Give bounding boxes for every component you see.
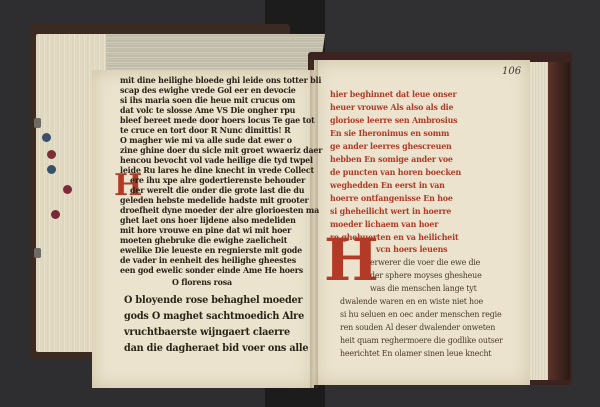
gutter <box>310 60 318 388</box>
rubric-line: hier beghinnet dat leue onser <box>330 90 456 100</box>
rubric-line: ge ander leerres ghescreuen <box>330 142 452 152</box>
folio-number: 106 <box>502 66 521 77</box>
text-line: mit hore vrouwe en pine dat wi mit hoer <box>120 226 291 236</box>
rubric-line: si gheheilicht wert in hoerre <box>330 207 451 217</box>
page-marker-bead-blue <box>47 165 56 174</box>
rubric-line: hoerre ontfangenisse En hoe <box>330 194 453 204</box>
text-line: mit dine heilighe bloede ghi leide ons t… <box>120 76 321 86</box>
page-marker-bead-red <box>51 210 60 219</box>
rubric-line: vcn hoers leuens <box>376 245 447 255</box>
text-line-large: O bloyende rose behaghel moeder <box>124 294 302 306</box>
text-line: heerichtet En olamer sinen leue knecht <box>340 349 491 359</box>
text-line: dat volc te slosse Ame VS Die ongher rpu <box>120 106 295 116</box>
clasp-tab <box>34 118 41 128</box>
rubric-line: heuer vrouwe Als also als die <box>330 103 453 113</box>
text-line: si hu seluen en oec ander menschen regie <box>340 310 501 320</box>
text-line: ghet laet ons hoer lijdene also medelide… <box>120 216 296 226</box>
text-line: ere ihu xpe alre godertierenste behouder <box>130 176 305 186</box>
text-line: der werelt die onder die grote last die … <box>130 186 304 196</box>
text-line: dwalende waren en en wiste niet hoe <box>340 297 483 307</box>
rubric-line: re ghebuerten en va heilicheit <box>330 233 458 243</box>
rubric-heading: O florens rosa <box>172 278 232 288</box>
text-line: ren souden Al deser dwalender onweten <box>340 323 495 333</box>
text-line: te cruce en tort door R Nunc dimittis! R <box>120 126 290 136</box>
rubric-line: gloriose leerre sen Ambrosius <box>330 116 457 126</box>
rubric-line: weghedden En eerst in van <box>330 181 445 191</box>
text-line-large: dan die dagheraet bid voer ons alle <box>124 342 308 354</box>
text-line-large: vruchtbaerste wijngaert claerre <box>124 326 290 338</box>
right-page-block-edge <box>528 62 548 380</box>
rubric-line: moeder lichaem van hoer <box>330 220 438 230</box>
text-line: zine ghine doer du sicle mit groet wwaer… <box>120 146 322 156</box>
text-line: si ihs maria soen die heue mit crucus om <box>120 96 295 106</box>
rubric-line: de puncten van horen boecken <box>330 168 461 178</box>
text-line: erwerer die voer die ewe die <box>370 258 480 268</box>
page-marker-bead-blue <box>42 133 51 142</box>
text-line: was die menschen lange tyt <box>370 284 477 294</box>
text-line: droefheit dyne moeder der alre glorioest… <box>120 206 319 216</box>
text-line: hencou bevocht vol vade heilige die tyd … <box>120 156 313 166</box>
text-line: geleden hebste medelide hadste mit groot… <box>120 196 309 206</box>
page-marker-bead-red <box>47 150 56 159</box>
text-line-large: gods O maghet sachtmoedich Alre <box>124 310 304 322</box>
page-marker-bead-red <box>63 185 72 194</box>
text-line: moeten ghebruke die ewighe zaelicheit <box>120 236 287 246</box>
text-line: O magher wie mi va alle sude dat ewer o <box>120 136 292 146</box>
text-line: heit quam reghermoere die godlike outser <box>340 336 503 346</box>
text-line: leide Ru lares he dine knecht in vrede C… <box>120 166 314 176</box>
text-line: de vader in eenheit des heilighe gheeste… <box>120 256 296 266</box>
text-line: scap des ewighe vrede Gol eer en devocie <box>120 86 296 96</box>
text-line: bleef bereet mede door hoers locus Te ga… <box>120 116 315 126</box>
text-line: een god ewelic sonder einde Ame He hoers <box>120 266 303 276</box>
rubric-line: En sie Iheronimus en somm <box>330 129 449 139</box>
text-line: der sphere moyses ghesheue <box>370 271 482 281</box>
rubric-line: hebben En somige ander voe <box>330 155 453 165</box>
clasp-tab <box>34 248 41 258</box>
text-line: ewelike Die leueste en regnierste mit go… <box>120 246 302 256</box>
right-cover-edge <box>548 62 570 380</box>
